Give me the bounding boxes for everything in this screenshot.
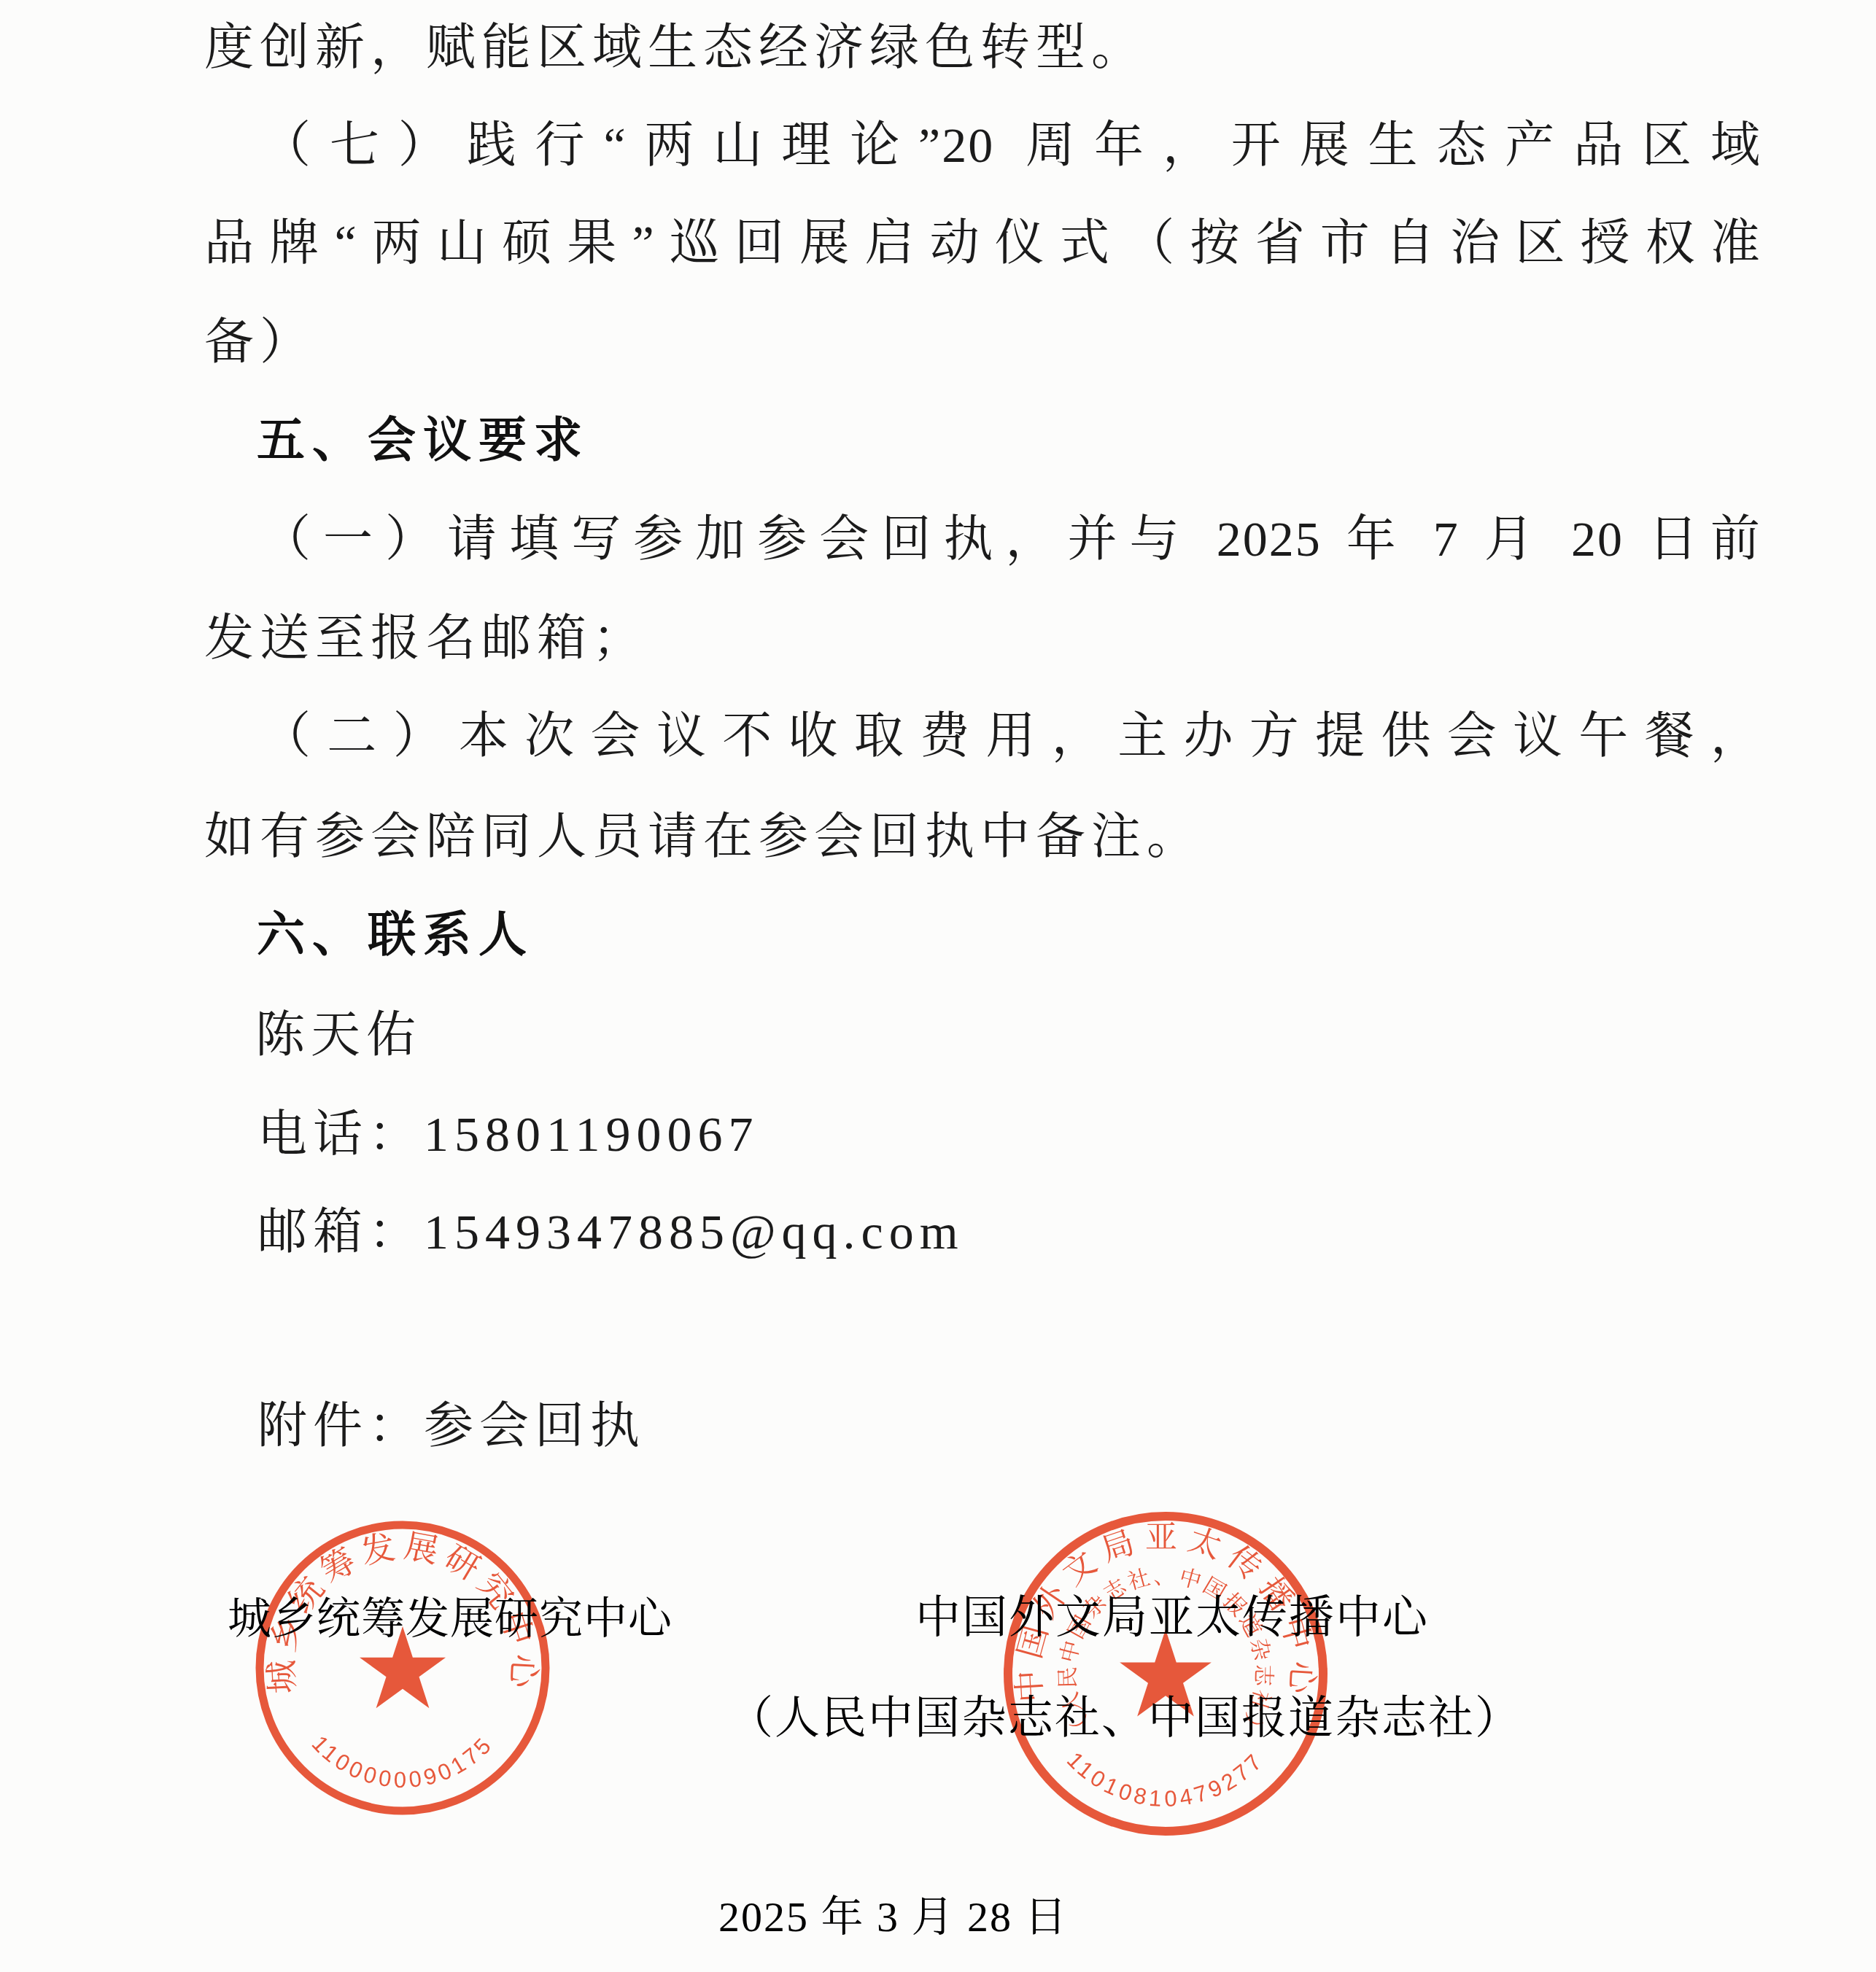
body-line-req1-2: 发送至报名邮箱； bbox=[204, 610, 648, 667]
body-line-intro: 度创新，赋能区域生态经济绿色转型。 bbox=[204, 19, 1147, 76]
signature-org-left: 城乡统筹发展研究中心 bbox=[228, 1594, 673, 1645]
signature-date: 2025 年 3 月 28 日 bbox=[718, 1893, 1069, 1942]
contact-email: 邮箱：1549347885@qq.com bbox=[257, 1203, 964, 1260]
contact-phone: 电话：15801190067 bbox=[257, 1106, 759, 1162]
signature-org-right-subtitle: （人民中国杂志社、中国报道杂志社） bbox=[728, 1693, 1522, 1745]
body-line-req2-2: 如有参会陪同人员请在参会回执中备注。 bbox=[204, 808, 1202, 865]
signature-org-right: 中国外文局亚太传播中心 bbox=[915, 1593, 1429, 1645]
body-line-item7-2: 品牌“两山硕果”巡回展启动仪式（按省市自治区授权准 bbox=[204, 214, 1761, 271]
body-line-req1-1: （一）请填写参加参会回执，并与 2025 年 7 月 20 日前 bbox=[204, 511, 1761, 567]
document-text-layer: 度创新，赋能区域生态经济绿色转型。 （七）践行“两山理论”20 周年，开展生态产… bbox=[0, 0, 1876, 1972]
scanned-document-page: { "page": { "background": "#fcfcfb", "te… bbox=[0, 0, 1876, 1972]
body-line-item7-1: （七）践行“两山理论”20 周年，开展生态产品区域 bbox=[204, 117, 1761, 174]
body-line-item7-3: 备） bbox=[204, 314, 315, 370]
section-heading-5: 五、会议要求 bbox=[257, 413, 589, 468]
body-line-req2-1: （二）本次会议不收取费用，主办方提供会议午餐， bbox=[204, 707, 1761, 764]
contact-name: 陈天佑 bbox=[255, 1006, 422, 1063]
section-heading-6: 六、联系人 bbox=[257, 907, 534, 963]
attachment-note: 附件：参会回执 bbox=[257, 1397, 646, 1454]
